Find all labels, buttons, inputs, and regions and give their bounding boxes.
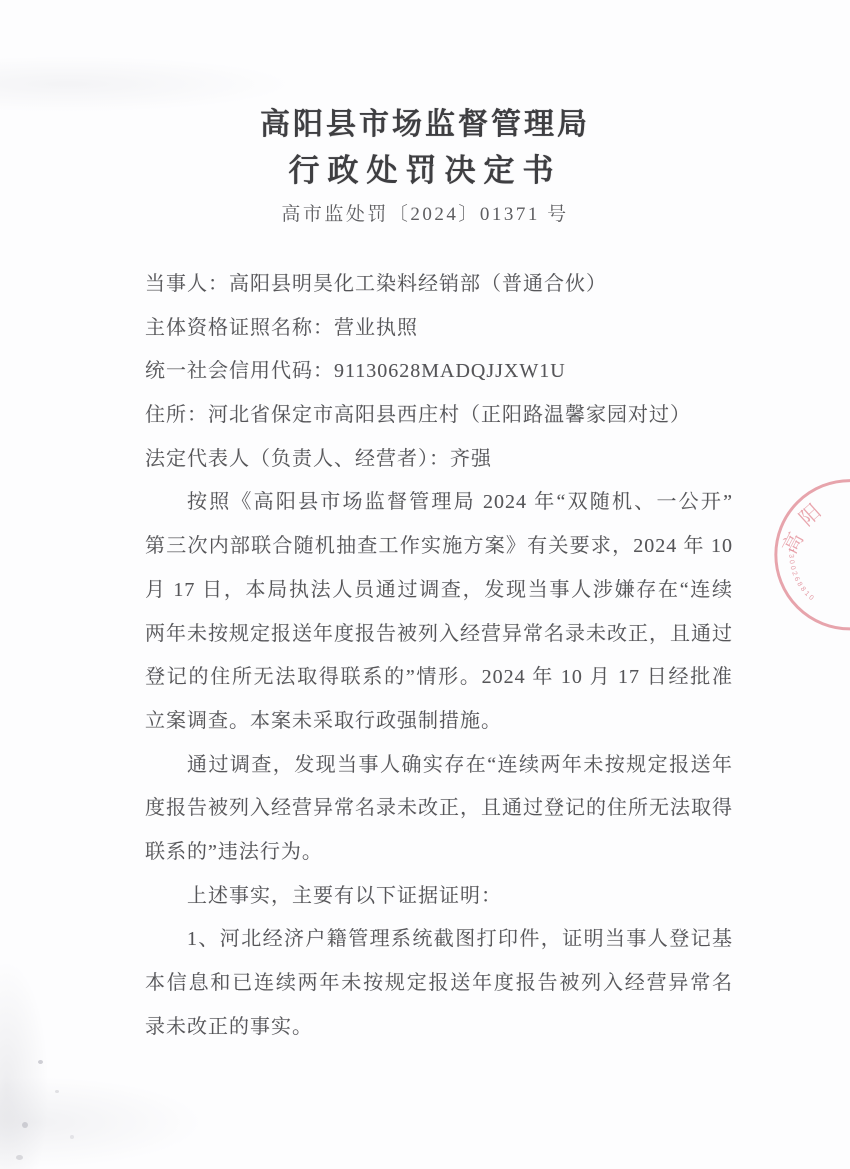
document-line: 上述事实，主要有以下证据证明： [145, 875, 733, 919]
document-line: 月 17 日，本局执法人员通过调查，发现当事人涉嫌存在“连续 [145, 569, 733, 613]
document-line: 主体资格证照名称：营业执照 [145, 307, 733, 351]
document-line: 统一社会信用代码：91130628MADQJJXW1U [145, 350, 733, 394]
document-line: 两年未按规定报送年度报告被列入经营异常名录未改正，且通过 [145, 613, 733, 657]
seal-code: 1300268810 [787, 548, 816, 603]
scan-artifact [55, 1090, 59, 1093]
document-body: 当事人：高阳县明昊化工染料经销部（普通合伙）主体资格证照名称：营业执照统一社会信… [145, 263, 733, 1049]
scan-artifact [70, 1135, 74, 1139]
document-line: 通过调查，发现当事人确实存在“连续两年未按规定报送年 [145, 744, 733, 788]
document-line: 度报告被列入经营异常名录未改正，且通过登记的住所无法取得 [145, 787, 733, 831]
scan-artifact [22, 1122, 28, 1128]
document-line: 联系的”违法行为。 [145, 831, 733, 875]
document-line: 当事人：高阳县明昊化工染料经销部（普通合伙） [145, 263, 733, 307]
document-line: 本信息和已连续两年未按规定报送年度报告被列入经营异常名 [145, 962, 733, 1006]
document-number: 高市监处罚〔2024〕01371 号 [0, 203, 850, 227]
document-header: 高阳县市场监督管理局 行政处罚决定书 高市监处罚〔2024〕01371 号 [0, 106, 850, 227]
document-line: 立案调查。本案未采取行政强制措施。 [145, 700, 733, 744]
seal-text-char: 高 [778, 529, 808, 558]
document-line: 住所：河北省保定市高阳县西庄村（正阳路温馨家园对过） [145, 394, 733, 438]
scanned-document-page: 高阳县市场监督管理局 行政处罚决定书 高市监处罚〔2024〕01371 号 当事… [0, 0, 850, 1169]
scan-artifact [38, 1060, 43, 1064]
document-line: 录未改正的事实。 [145, 1006, 733, 1050]
document-line: 登记的住所无法取得联系的”情形。2024 年 10 月 17 日经批准 [145, 656, 733, 700]
issuing-authority-title: 高阳县市场监督管理局 [0, 106, 850, 144]
document-line: 第三次内部联合随机抽查工作实施方案》有关要求，2024 年 10 [145, 525, 733, 569]
official-seal-stamp: 高 阳 1300268810 [745, 420, 850, 700]
document-line: 法定代表人（负责人、经营者）：齐强 [145, 438, 733, 482]
document-type-title: 行政处罚决定书 [0, 152, 850, 190]
document-line: 按照《高阳县市场监督管理局 2024 年“双随机、一公开” [145, 481, 733, 525]
seal-text-char: 阳 [795, 500, 825, 531]
scan-artifact [16, 1155, 23, 1160]
seal-circle [776, 481, 850, 629]
document-line: 1、河北经济户籍管理系统截图打印件，证明当事人登记基 [145, 918, 733, 962]
